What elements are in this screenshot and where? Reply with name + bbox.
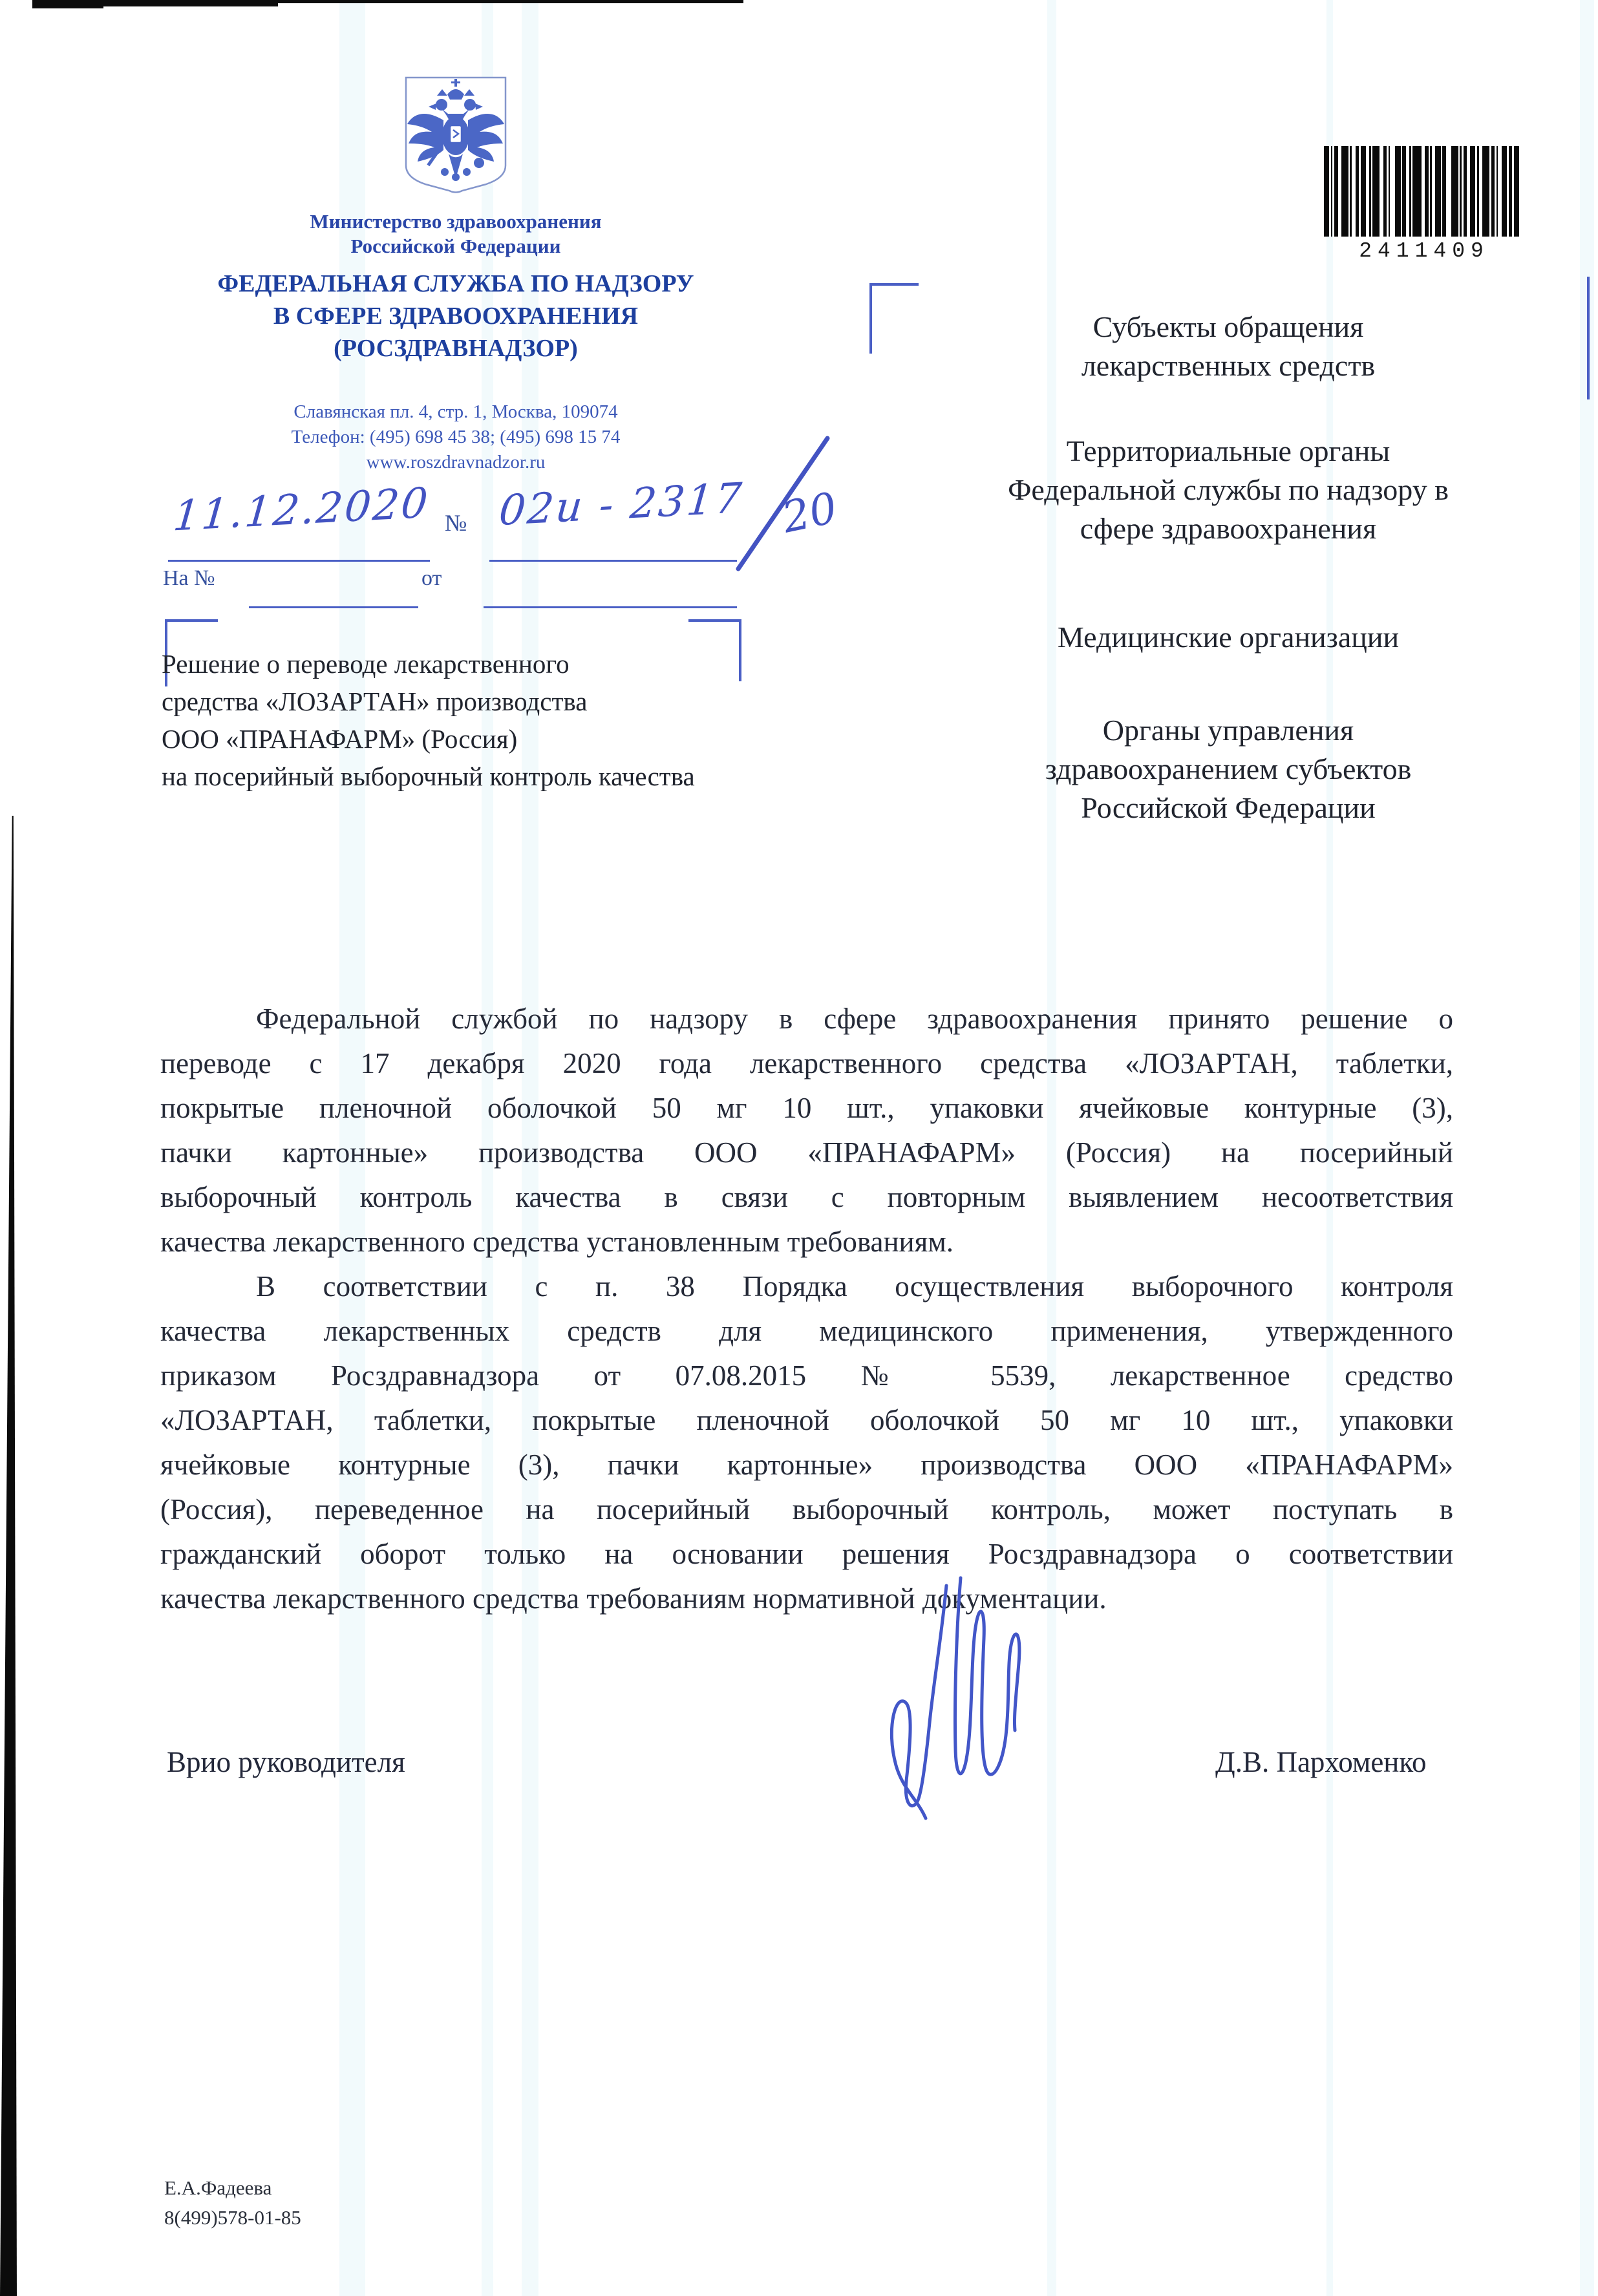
scan-edge-mark xyxy=(278,0,743,3)
body-line: ячейковые контурные (3), пачки картонные… xyxy=(160,1443,1453,1487)
barcode-bar xyxy=(1491,146,1495,237)
barcode-bar xyxy=(1412,146,1422,237)
website-url: www.roszdravnadzor.ru xyxy=(155,450,756,475)
recipient-line: Федеральной службы по надзору в xyxy=(873,471,1584,509)
recipient-line: лекарственных средств xyxy=(873,346,1584,385)
barcode-bar xyxy=(1442,146,1445,237)
barcode-bar xyxy=(1477,146,1479,237)
recipient-group: Медицинские организации xyxy=(873,618,1584,657)
ministry-name: Министерство здравоохранения Российской … xyxy=(155,209,756,259)
barcode-bar xyxy=(1509,146,1512,237)
body-line: Федеральной службой по надзору в сфере з… xyxy=(160,997,1453,1041)
barcode-bar xyxy=(1435,146,1440,237)
barcode-bar xyxy=(1470,146,1475,237)
number-underline xyxy=(489,560,737,562)
contact-block: Славянская пл. 4, стр. 1, Москва, 109074… xyxy=(155,399,756,475)
body-line: выборочный контроль качества в связи с п… xyxy=(160,1175,1453,1220)
reply-number-underline xyxy=(249,606,418,608)
body-line: качества лекарственного средства требова… xyxy=(160,1577,1453,1621)
subject-corner-bracket-right xyxy=(688,619,741,681)
date-underline xyxy=(168,560,430,562)
letter-body: Федеральной службой по надзору в сфере з… xyxy=(160,997,1453,1621)
ministry-line: Министерство здравоохранения xyxy=(155,209,756,234)
barcode-bar xyxy=(1464,146,1467,237)
barcode-bar xyxy=(1334,146,1337,237)
executor-name: Е.А.Фадеева xyxy=(164,2173,301,2203)
phone-numbers: Телефон: (495) 698 45 38; (495) 698 15 7… xyxy=(155,425,756,450)
scan-edge-mark xyxy=(103,0,278,6)
barcode-bar xyxy=(1514,146,1519,237)
barcode-bar xyxy=(1389,146,1390,237)
service-name: ФЕДЕРАЛЬНАЯ СЛУЖБА ПО НАДЗОРУ В СФЕРЕ ЗД… xyxy=(155,268,756,365)
scan-edge-mark xyxy=(32,0,103,8)
recipient-line: Российской Федерации xyxy=(873,789,1584,827)
handwritten-number-suffix: 20 xyxy=(729,430,878,579)
body-line: качества лекарственных средств для медиц… xyxy=(160,1309,1453,1354)
reply-date-label: от xyxy=(421,566,442,591)
postal-address: Славянская пл. 4, стр. 1, Москва, 109074 xyxy=(155,399,756,425)
subject-line: на посерийный выборочный контроль качест… xyxy=(162,758,695,795)
reply-date-underline xyxy=(484,606,737,608)
signer-name: Д.В. Пархоменко xyxy=(1215,1745,1426,1779)
recipient-group: Территориальные органы Федеральной служб… xyxy=(873,432,1584,548)
recipient-line: Субъекты обращения xyxy=(873,308,1584,346)
barcode-bar xyxy=(1383,146,1387,237)
body-line: (Россия), переведенное на посерийный выб… xyxy=(160,1487,1453,1532)
ministry-line: Российской Федерации xyxy=(155,234,756,259)
body-line: покрытые пленочной оболочкой 50 мг 10 шт… xyxy=(160,1086,1453,1131)
recipient-list: Субъекты обращения лекарственных средств… xyxy=(873,308,1584,827)
recipient-line: Медицинские организации xyxy=(873,618,1584,657)
barcode-bar xyxy=(1324,146,1329,237)
body-line: В соответствии с п. 38 Порядка осуществл… xyxy=(160,1264,1453,1309)
service-line: В СФЕРЕ ЗДРАВООХРАНЕНИЯ xyxy=(155,300,756,332)
recipient-line: Органы управления xyxy=(873,711,1584,750)
barcode-bars xyxy=(1324,146,1524,237)
executor-phone: 8(499)578-01-85 xyxy=(164,2203,301,2233)
subject-line: средства «ЛОЗАРТАН» производства xyxy=(162,683,695,720)
body-line: приказом Росздравнадзора от 07.08.2015 №… xyxy=(160,1354,1453,1398)
barcode-bar xyxy=(1451,146,1458,237)
barcode-bar xyxy=(1331,146,1333,237)
suffix-digits: 20 xyxy=(777,483,841,543)
barcode-bar xyxy=(1361,146,1366,237)
barcode-bar xyxy=(1409,146,1411,237)
barcode-digits: 2411409 xyxy=(1324,239,1524,263)
body-line: переводе с 17 декабря 2020 года лекарств… xyxy=(160,1041,1453,1086)
barcode-bar xyxy=(1425,146,1428,237)
number-sign-label: № xyxy=(445,509,467,537)
body-line: «ЛОЗАРТАН, таблетки, покрытые пленочной … xyxy=(160,1398,1453,1443)
handwritten-signature-icon xyxy=(884,1568,1059,1826)
barcode: 2411409 xyxy=(1324,146,1524,263)
scanned-letter-page: Министерство здравоохранения Российской … xyxy=(0,0,1598,2296)
barcode-bar xyxy=(1369,146,1371,237)
recipient-line: сфере здравоохранения xyxy=(873,509,1584,548)
barcode-bar xyxy=(1395,146,1400,237)
letter-subject: Решение о переводе лекарственного средст… xyxy=(162,645,695,795)
barcode-bar xyxy=(1482,146,1489,237)
handwritten-date: 11.12.2020 xyxy=(171,479,431,540)
service-line: (РОСЗДРАВНАДЗОР) xyxy=(155,332,756,365)
signer-title: Врио руководителя xyxy=(167,1745,405,1779)
subject-line: Решение о переводе лекарственного xyxy=(162,645,695,683)
signature-scrawl xyxy=(884,1568,1059,1829)
recipient-line: здравоохранением субъектов xyxy=(873,750,1584,789)
recipient-line: Территориальные органы xyxy=(873,432,1584,471)
executor-contact: Е.А.Фадеева 8(499)578-01-85 xyxy=(164,2173,301,2233)
body-line: качества лекарственного средства установ… xyxy=(160,1220,1453,1264)
reply-number-label: На № xyxy=(163,566,215,591)
barcode-bar xyxy=(1497,146,1498,237)
recipient-group: Субъекты обращения лекарственных средств xyxy=(873,308,1584,385)
barcode-bar xyxy=(1350,146,1352,237)
recipient-corner-mark-right xyxy=(1587,277,1590,399)
body-line: гражданский оборот только на основании р… xyxy=(160,1532,1453,1577)
coat-of-arms-emblem xyxy=(401,74,511,198)
barcode-bar xyxy=(1460,146,1462,237)
service-line: ФЕДЕРАЛЬНАЯ СЛУЖБА ПО НАДЗОРУ xyxy=(155,268,756,300)
barcode-bar xyxy=(1356,146,1359,237)
subject-line: ООО «ПРАНАФАРМ» (Россия) xyxy=(162,720,695,758)
body-line: пачки картонные» производства ООО «ПРАНА… xyxy=(160,1131,1453,1175)
barcode-bar xyxy=(1372,146,1380,237)
barcode-bar xyxy=(1430,146,1432,237)
double-eagle-icon xyxy=(401,74,511,195)
recipient-group: Органы управления здравоохранением субъе… xyxy=(873,711,1584,827)
barcode-bar xyxy=(1502,146,1507,237)
barcode-bar xyxy=(1402,146,1405,237)
barcode-bar xyxy=(1341,146,1348,237)
scan-edge-artifact xyxy=(0,816,17,2296)
